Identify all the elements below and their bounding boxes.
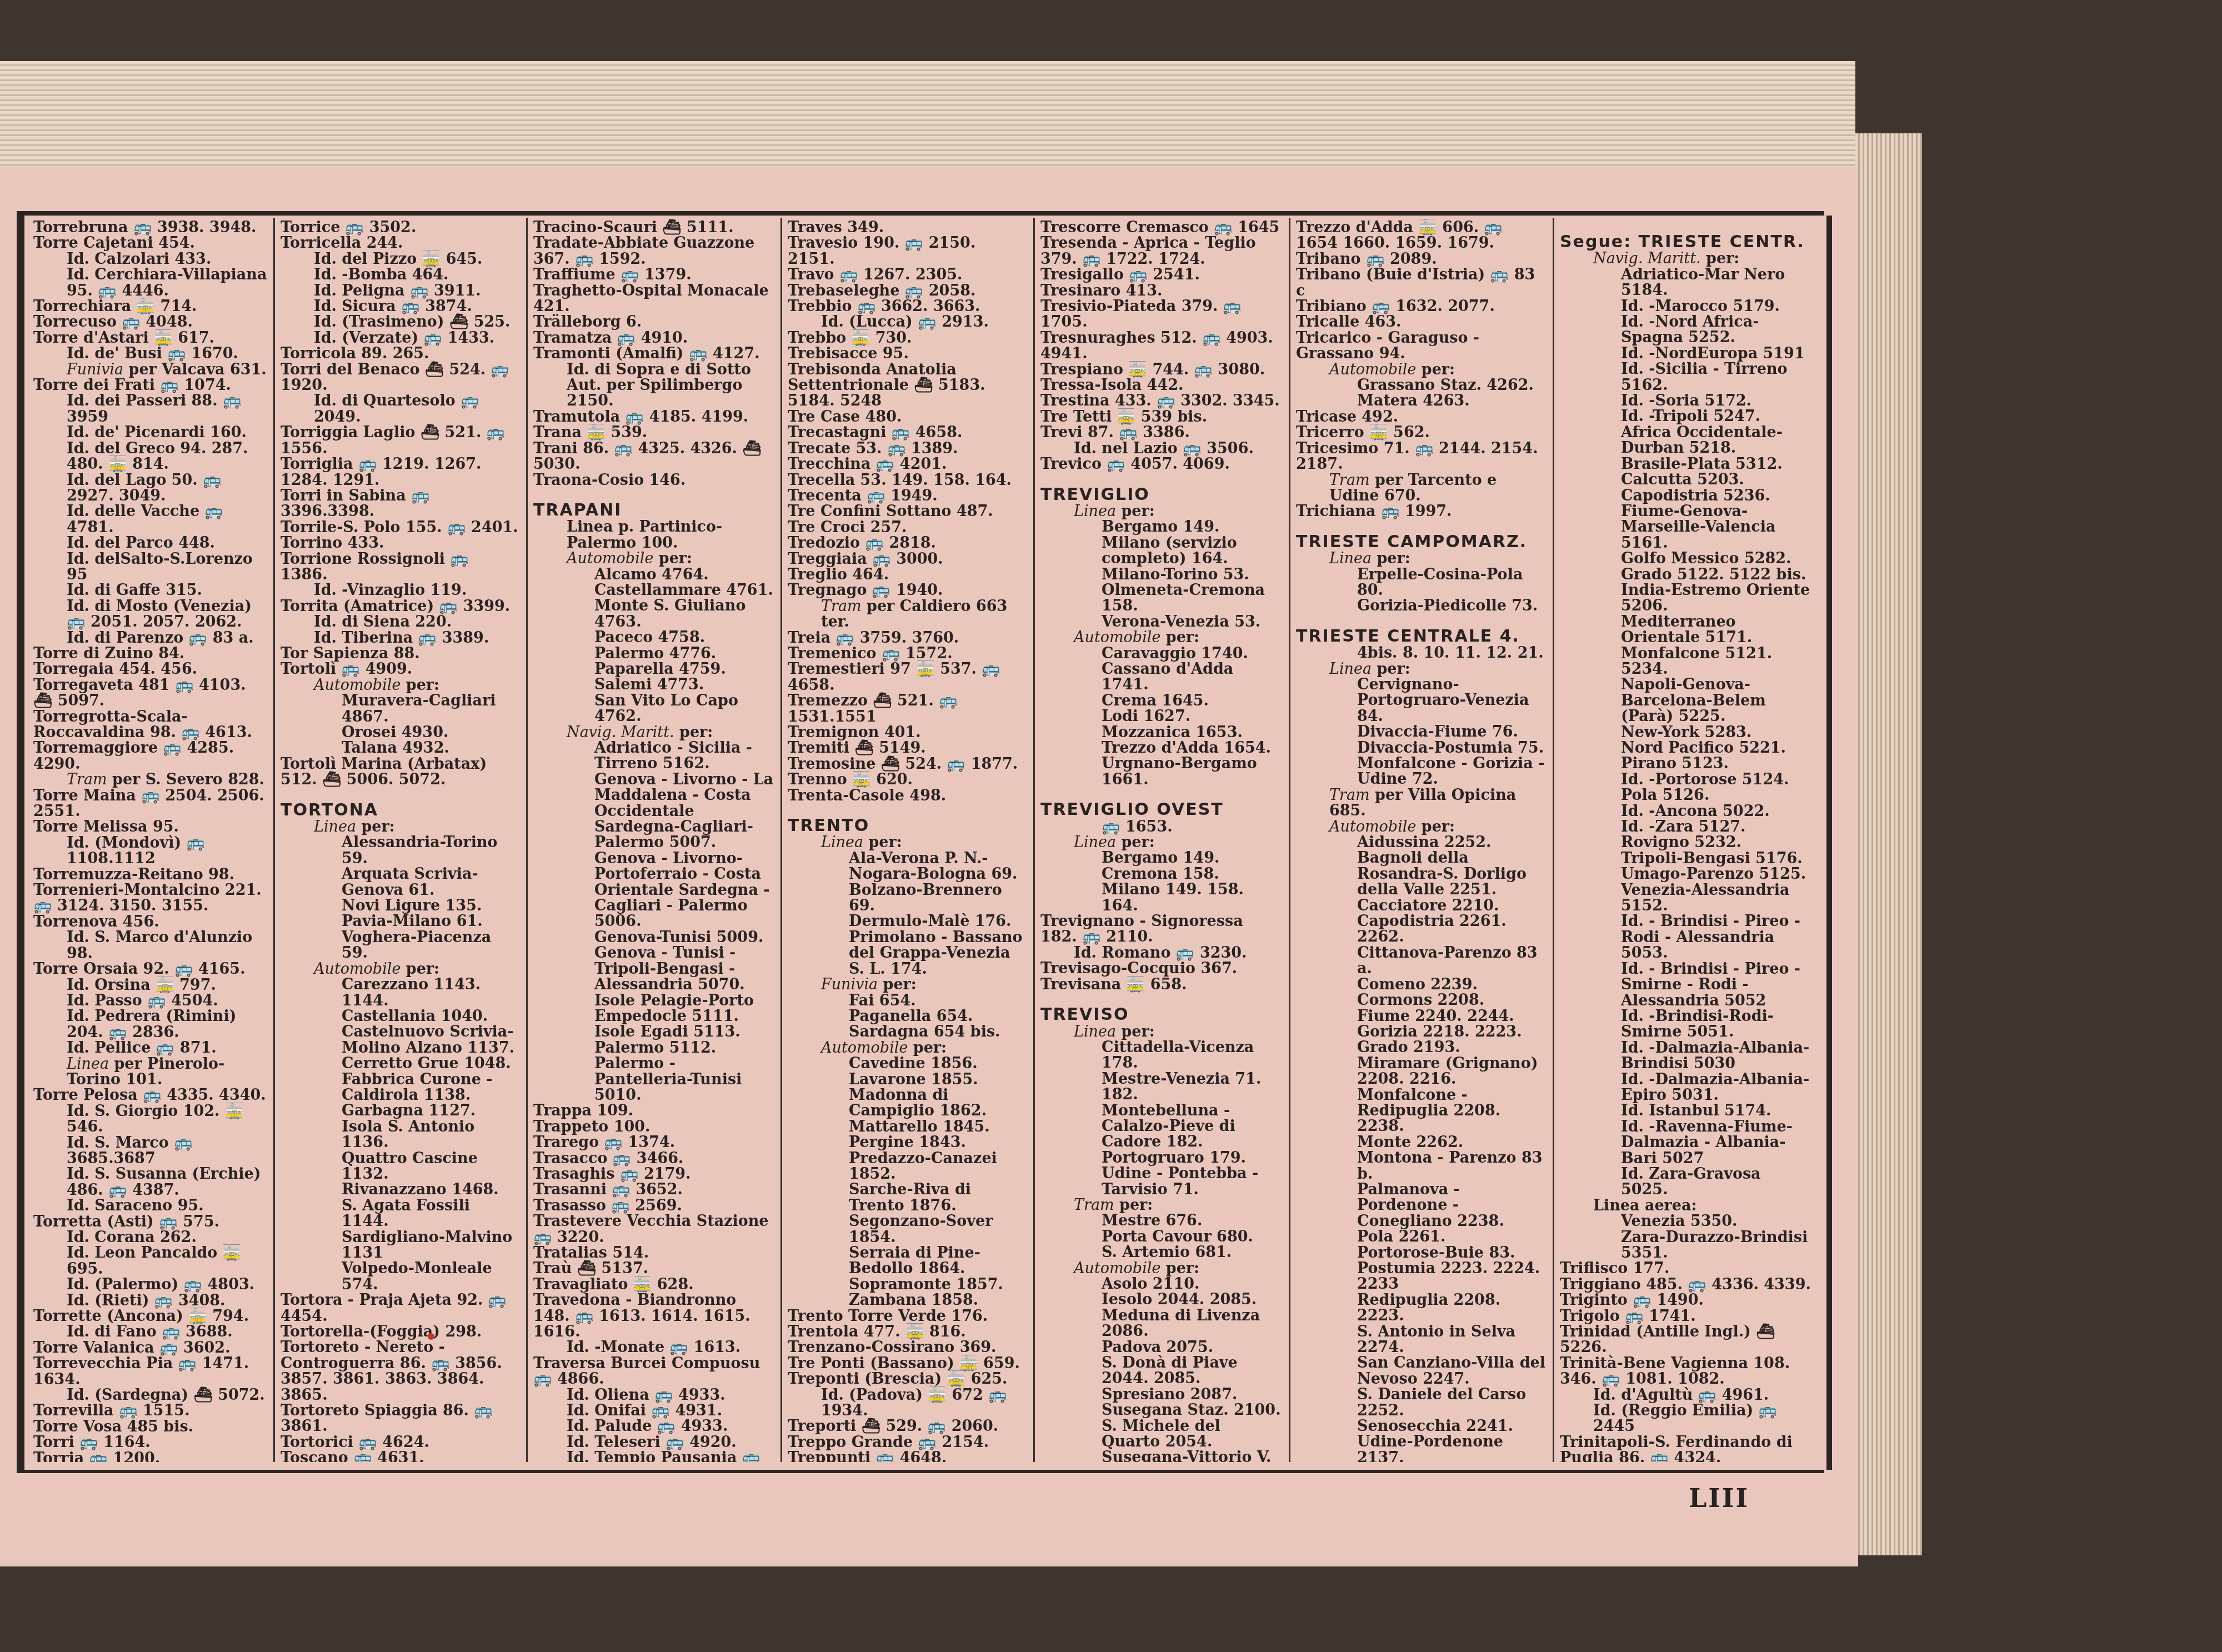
index-entry: Torre Orsaia 92. 🚌 4165. (33, 962, 268, 977)
index-entry: Torrevilla 🚌 1515. (33, 1403, 268, 1419)
transport-type-label: Linea (67, 1055, 109, 1073)
index-entry: Tram per S. Severo 828. (33, 772, 268, 788)
index-entry: Id. Istanbul 5174. (1560, 1103, 1811, 1119)
index-entry: Trani 86. 🚌 4325. 4326. ⛴ 5030. (533, 441, 775, 473)
index-entry: Genova - Livorno-Portoferraio - Costa Or… (533, 851, 775, 930)
index-entry: Milano 149. 158. 164. (1040, 882, 1283, 914)
index-entry: Torrenieri-Montalcino 221. 🚌 3124. 3150.… (33, 883, 268, 914)
index-entry: Monte S. Giuliano 4763. (533, 598, 775, 630)
index-entry: Toscano 🚌 4631. (281, 1450, 521, 1462)
index-entry: Trevignano - Signoressa 182. 🚌 2110. (1040, 914, 1283, 945)
index-entry: Traffiume 🚌 1379. (533, 267, 775, 283)
index-entry: Tre Tetti 🚋 539 bis. (1040, 409, 1283, 425)
section-heading: TRIESTE CENTRALE 4. (1296, 629, 1547, 644)
index-entry: Trezzo d'Adda 🚋 606. 🚌 1654 1660. 1659. … (1296, 220, 1547, 252)
transport-type-label: Linea (1074, 503, 1116, 520)
index-entry: Mestre 676. (1040, 1213, 1283, 1229)
index-entry: Tre Ponti (Bassano) 🚋 659. (788, 1356, 1028, 1371)
index-entry: Fiume-Genova-Marseille-Valencia 5161. (1560, 504, 1811, 551)
transport-type-label: Linea (1329, 660, 1372, 678)
index-entry: Talana 4932. (281, 740, 521, 756)
index-entry: Id. -Monate 🚌 1613. (533, 1340, 775, 1355)
index-entry: Trälleborg 6. (533, 314, 775, 330)
index-entry: Id. de' Busi 🚌 1670. (33, 346, 268, 362)
index-entry: Trinidad (Antille Ingl.) ⛴ 5226. (1560, 1324, 1811, 1356)
index-entry: Torre Cajetani 454. (33, 236, 268, 251)
index-entry: Torriggia Laglio ⛴ 521. 🚌 1556. (281, 425, 521, 457)
index-entry: Palermo 5112. (533, 1040, 775, 1056)
index-entry: Tribiano 🚌 1632. 2077. (1296, 299, 1547, 314)
index-entry: Cassano d'Adda 1741. (1040, 662, 1283, 693)
index-entry: Udine - Pontebba - Tarvisio 71. (1040, 1166, 1283, 1198)
index-entry: Rovigno 5232. (1560, 835, 1811, 850)
index-entry: Treporti ⛴ 529. 🚌 2060. (788, 1419, 1028, 1434)
index-entry: Porta Cavour 680. (1040, 1229, 1283, 1245)
index-entry: Torremuzza-Reitano 98. (33, 867, 268, 883)
index-entry: Isola S. Antonio 1136. (281, 1119, 521, 1151)
index-entry: Id. de' Picenardi 160. (33, 425, 268, 440)
index-entry: Trebaseleghe 🚌 2058. (788, 283, 1028, 299)
index-entry: Susegana-Vittorio V. 2074 (1040, 1450, 1283, 1462)
index-entry: Adriatico - Sicilia - Tirreno 5162. (533, 740, 775, 772)
index-entry: Id. -Ravenna-Fiume-Dalmazia - Albania-Ba… (1560, 1119, 1811, 1167)
index-entry: Trezzo d'Adda 1654. (1040, 740, 1283, 756)
index-entry: Tribano (Buie d'Istria) 🚌 83 c (1296, 267, 1547, 299)
index-entry: Torricella 244. (281, 236, 521, 251)
index-entry: S. Daniele del Carso 2252. (1296, 1387, 1547, 1419)
index-entry: India-Estremo Oriente 5206. (1560, 583, 1811, 614)
section-heading: TREVISO (1040, 1007, 1283, 1023)
index-entry: Torrechiara 🚋 714. (33, 299, 268, 314)
section-heading: TREVIGLIO (1040, 487, 1283, 503)
index-entry: S. Donà di Piave 2044. 2085. (1040, 1355, 1283, 1387)
index-entry: Id. Cerchiara-Villapiana 95. 🚌 4446. (33, 267, 268, 299)
index-entry: Id. Saraceno 95. (33, 1198, 268, 1214)
index-entry: Automobile per: (1296, 362, 1547, 378)
index-entry: Trappa 109. (533, 1103, 775, 1119)
index-entry: Id. delle Vacche 🚌 4781. (33, 504, 268, 535)
index-entry: Tressa-Isola 442. (1040, 378, 1283, 393)
index-entry: Zambana 1858. (788, 1293, 1028, 1308)
transport-type-label: Automobile (1074, 629, 1160, 646)
index-entry: Nord Pacifico 5221. (1560, 740, 1811, 756)
index-entry: Id. S. Giorgio 102. 🚋 546. (33, 1104, 268, 1135)
index-entry: Meduna di Livenza 2086. (1040, 1308, 1283, 1340)
index-entry: Torregrotta-Scala- Roccavaldina 98. 🚌 46… (33, 709, 268, 741)
index-entry: Cavedine 1856. (788, 1056, 1028, 1072)
index-entry: Tregnago 🚌 1940. (788, 583, 1028, 598)
index-entry: Trevisago-Cocquio 367. (1040, 961, 1283, 977)
index-entry: Padova 2075. (1040, 1340, 1283, 1355)
index-entry: Trasanni 🚌 3652. (533, 1182, 775, 1198)
index-entry: Id. Calzolari 433. (33, 252, 268, 267)
index-entry: Id. (Verzate) 🚌 1433. (281, 331, 521, 346)
index-entry: Id. del Parco 448. (33, 535, 268, 551)
index-entry: Asolo 2110. (1040, 1276, 1283, 1292)
index-entry: Cittadella-Vicenza 178. (1040, 1040, 1283, 1072)
index-entry: Treia 🚌 3759. 3760. (788, 630, 1028, 646)
index-entry: Travagliato 🚋 628. (533, 1277, 775, 1293)
index-entry: Trebbio 🚌 3662. 3663. (788, 299, 1028, 314)
index-entry: Linea per: (1040, 504, 1283, 519)
index-entry: Orosei 4930. (281, 725, 521, 740)
index-entry: Tremenico 🚌 1572. (788, 646, 1028, 662)
index-entry: Grado 5122. 5122 bis. (1560, 567, 1811, 583)
transport-type-label: Funivia (67, 361, 123, 378)
section-heading: TORTONA (281, 803, 521, 818)
index-entry: Id. -Sicilia - Tirreno 5162. (1560, 362, 1811, 393)
index-entry: Automobile per: (788, 1040, 1028, 1056)
index-entry: Treppunti 🚌 4648. (788, 1450, 1028, 1462)
index-entry: Arquata Scrivia-Genova 61. (281, 867, 521, 898)
index-entry: Torrita (Amatrice) 🚌 3399. (281, 599, 521, 614)
transport-type-label: Tram (67, 771, 107, 788)
index-entry: Milano (servizio completo) 164. (1040, 535, 1283, 567)
index-entry: Paceco 4758. (533, 630, 775, 645)
index-entry: Caravaggio 1740. (1040, 646, 1283, 662)
index-entry: Treggiaia 🚌 3000. (788, 552, 1028, 567)
index-entry: Id. S. Marco 🚌 3685.3687 (33, 1135, 268, 1167)
index-entry: Tresivio-Piateda 379. 🚌 1705. (1040, 299, 1283, 331)
index-entry: Milano-Torino 53. (1040, 567, 1283, 583)
book-page-edges-top (0, 61, 1855, 172)
index-entry: Brasile-Plata 5312. (1560, 457, 1811, 472)
index-entry: Venezia 5350. (1560, 1214, 1811, 1229)
transport-type-label: Linea (314, 818, 356, 835)
index-entry: Id. -Bomba 464. (281, 267, 521, 283)
index-entry: Paparella 4759. (533, 662, 775, 677)
index-entry: Carezzano 1143. 1144. (281, 977, 521, 1009)
transport-type-label: Automobile (567, 550, 653, 567)
section-heading: TRENTO (788, 818, 1028, 834)
index-entry: Mediterraneo Orientale 5171. (1560, 614, 1811, 646)
index-entry: Automobile per: (1040, 630, 1283, 645)
index-entry: Id. Palude 🚌 4933. (533, 1419, 775, 1434)
index-entry: Id. del Greco 94. 287. 480. 🚋 814. (33, 441, 268, 473)
index-entry: Fai 654. (788, 993, 1028, 1009)
index-entry: Fabbrica Curone - Caldirola 1138. (281, 1072, 521, 1104)
index-entry: Id. Sicura 🚌 3874. (281, 299, 521, 314)
index-entry: Pergine 1843. (788, 1135, 1028, 1150)
index-entry: Id. (Trasimeno) ⛴ 525. (281, 314, 521, 330)
section-heading: TRIESTE CAMPOMARZ. (1296, 534, 1547, 550)
index-entry: Castelnuovo Scrivia-Molino Alzano 1137. (281, 1024, 521, 1056)
index-entry: Lavarone 1855. (788, 1072, 1028, 1088)
index-entry: Treponti (Brescia) 🚋 625. (788, 1371, 1028, 1387)
transport-type-label: Tram (821, 598, 862, 615)
index-entry: Torrecuso 🚌 4048. (33, 314, 268, 330)
index-entry: Id. -Portorose 5124. (1560, 772, 1811, 788)
index-entry: Linea per: (1296, 662, 1547, 677)
index-entry: Id. -Dalmazia-Albania-Brindisi 5030 (1560, 1040, 1811, 1072)
index-entry: Tracino-Scauri ⛴ 5111. (533, 220, 775, 236)
index-entry: Automobile per: (281, 678, 521, 693)
index-entry: Triginto 🚌 1490. (1560, 1293, 1811, 1308)
index-entry: Id. Oliena 🚌 4933. (533, 1388, 775, 1403)
index-entry: Navig. Maritt. per: (1560, 251, 1811, 267)
index-entry: Portorose-Buie 83. (1296, 1245, 1547, 1261)
index-entry: Torre Melissa 95. (33, 819, 268, 835)
index-entry: Cittanova-Parenzo 83 a. (1296, 945, 1547, 977)
index-entry: Senosecchia 2241. (1296, 1419, 1547, 1434)
index-entry: Trasacco 🚌 3466. (533, 1151, 775, 1167)
index-entry: Traghetto-Ospital Monacale 421. (533, 283, 775, 315)
index-entry: Trecella 53. 149. 158. 164. (788, 473, 1028, 488)
transport-type-label: Navig. Maritt. (567, 724, 674, 741)
index-entry: Tre Confini Sottano 487. (788, 504, 1028, 519)
index-entry: Linea per: (788, 835, 1028, 850)
index-entry: S. Antonio in Selva 2274. (1296, 1324, 1547, 1356)
index-entry: Id. -Ancona 5022. (1560, 804, 1811, 819)
index-entry: Funivia per: (788, 977, 1028, 993)
index-entry: Cerretto Grue 1048. (281, 1056, 521, 1072)
index-entry: Segonzano-Sover 1854. (788, 1214, 1028, 1245)
index-entry: Torre Valanica 🚌 3602. (33, 1340, 268, 1356)
index-entry: Id. (Reggio Emilia) 🚌 2445 (1560, 1403, 1811, 1435)
index-entry: Torrione Rossignoli 🚌 1386. (281, 552, 521, 583)
column-7: Segue: TRIESTE CENTR.Navig. Maritt. per:… (1554, 218, 1816, 1462)
index-entry: Linea per: (1296, 551, 1547, 567)
index-entry: Verona-Venezia 53. (1040, 614, 1283, 630)
index-entry: Salemi 4773. (533, 677, 775, 693)
index-entry: Tresnuraghes 512. 🚌 4903. 4941. (1040, 331, 1283, 362)
index-entry: Torria 🚌 1200. (33, 1451, 268, 1462)
index-entry: Trigolo 🚌 1741. (1560, 1309, 1811, 1324)
index-entry: S. Agata Fossili 1144. (281, 1198, 521, 1230)
index-entry: Tre Croci 257. (788, 520, 1028, 535)
section-heading: TRAPANI (533, 503, 775, 518)
index-entry: Torriglia 🚌 1219. 1267. 1284. 1291. (281, 457, 521, 488)
index-entry: Triflisco 177. (1560, 1261, 1811, 1276)
index-entry: Tribano 🚌 2089. (1296, 252, 1547, 267)
index-entry: Id. -Brindisi-Rodi-Smirne 5051. (1560, 1009, 1811, 1040)
index-entry: Travedona - Biandronno 148. 🚌 1613. 1614… (533, 1293, 775, 1340)
index-entry: Trentola 477. 🚋 816. (788, 1324, 1028, 1340)
index-entry: Madonna di Campiglio 1862. (788, 1088, 1028, 1119)
index-entry: Trebisacce 95. (788, 346, 1028, 362)
page-number: LIII (1689, 1483, 1749, 1513)
index-entry: Serraia di Pine-Bedollo 1864. (788, 1245, 1028, 1277)
index-entry: Torre Pelosa 🚌 4335. 4340. (33, 1088, 268, 1103)
index-entry: Golfo Messico 5282. (1560, 551, 1811, 567)
index-entry: Trasasso 🚌 2569. (533, 1198, 775, 1214)
index-entry: Torre dei Frati 🚌 1074. (33, 378, 268, 393)
index-entry: Funivia per Valcava 631. (33, 362, 268, 378)
index-entry: Id. del Pizzo 🚋 645. (281, 252, 521, 267)
index-entry: Automobile per: (533, 551, 775, 567)
index-entry: Torri in Sabina 🚌 3396.3398. (281, 488, 521, 520)
index-entry: Tram per Villa Opicina 685. (1296, 788, 1547, 819)
index-entry: Novi Ligure 135. (281, 898, 521, 914)
index-entry: Torre d'Astari 🚋 617. (33, 331, 268, 346)
index-entry: Torregaveta 481 🚌 4103. ⛴ 5097. (33, 678, 268, 709)
index-entry: New-York 5283. (1560, 725, 1811, 740)
index-entry: Tortolì Marina (Arbatax) 512. ⛴ 5006. 50… (281, 757, 521, 788)
index-entry: Comeno 2239. (1296, 977, 1547, 993)
index-entry: Automobile per: (281, 962, 521, 977)
index-entry: Id. Romano 🚌 3230. (1040, 945, 1283, 961)
index-entry: Id. S. Susanna (Erchie) 486. 🚌 4387. (33, 1167, 268, 1198)
index-entry: Linea p. Partinico-Palermo 100. (533, 519, 775, 551)
transport-type-label: Automobile (314, 677, 401, 694)
index-entry: Pola 5126. (1560, 788, 1811, 803)
index-entry: Redipuglia 2208. 2223. (1296, 1293, 1547, 1324)
index-entry: Tricerro 🚋 562. (1296, 425, 1547, 440)
transport-type-label: Automobile (1329, 818, 1416, 835)
index-entry: Tremosine ⛴ 524. 🚌 1877. (788, 757, 1028, 772)
index-entry: Trarego 🚌 1374. (533, 1135, 775, 1150)
index-entry: Trinità-Bene Vagienna 108. 346. 🚌 1081. … (1560, 1356, 1811, 1388)
index-entry: Monfalcone - Redipuglia 2208. 2238. (1296, 1088, 1547, 1135)
index-entry: Id. - Brindisi - Pireo - Rodi - Alessand… (1560, 914, 1811, 961)
index-entry: Traversa Burcei Compuosu 🚌 4866. (533, 1356, 775, 1388)
index-entry: Id. Passo 🚌 4504. (33, 993, 268, 1009)
transport-type-label: Tram (1074, 1197, 1114, 1214)
index-entry: Trespiano 🚋 744. 🚌 3080. (1040, 362, 1283, 378)
index-entry: Treppo Grande 🚌 2154. (788, 1435, 1028, 1450)
index-entry: Torrice 🚌 3502. (281, 220, 521, 236)
index-entry: Id. Teleseri 🚌 4920. (533, 1435, 775, 1450)
index-entry: Torre di Zuino 84. (33, 646, 268, 662)
index-entry: Linea aerea: (1560, 1198, 1811, 1214)
index-entry: Postumia 2223. 2224. 2233 (1296, 1261, 1547, 1293)
transport-type-label: Automobile (314, 960, 401, 978)
index-entry: Trasaghis 🚌 2179. (533, 1167, 775, 1182)
column-6: Trezzo d'Adda 🚋 606. 🚌 1654 1660. 1659. … (1290, 218, 1554, 1462)
index-entry: Portogruaro 179. (1040, 1150, 1283, 1166)
index-entry: Id. di Fano 🚌 3688. (33, 1324, 268, 1340)
index-entry: Tortora - Praja Ajeta 92. 🚌 4454. (281, 1293, 521, 1324)
index-entry: Mozzanica 1653. (1040, 725, 1283, 740)
index-entry: Aidussina 2252. (1296, 835, 1547, 850)
index-entry: Tresinaro 413. (1040, 283, 1283, 299)
index-entry: Palmanova - Pordenone - Conegliano 2238. (1296, 1182, 1547, 1229)
index-entry: Id. (Lucca) 🚌 2913. (788, 314, 1028, 330)
index-entry: Torri del Benaco ⛴ 524. 🚌 1920. (281, 362, 521, 394)
index-entry: Sopramonte 1857. (788, 1277, 1028, 1293)
index-entry: Cacciatore 2210. (1296, 898, 1547, 914)
index-entry: Tricarico - Garaguso - Grassano 94. (1296, 331, 1547, 362)
index-entry: Cormons 2208. (1296, 993, 1547, 1008)
index-entry: Venezia-Alessandria 5152. (1560, 883, 1811, 914)
index-entry: Id. Tempio Pausania 🚌 4963. (533, 1450, 775, 1462)
index-columns: Torrebruna 🚌 3938. 3948.Torre Cajetani 4… (28, 218, 1816, 1462)
index-entry: Id. Corana 262. (33, 1230, 268, 1245)
index-entry: Id. nel Lazio 🚌 3506. (1040, 441, 1283, 457)
index-entry: Miramare (Grignano) 2208. 2216. (1296, 1056, 1547, 1088)
index-entry: Pola 2261. (1296, 1229, 1547, 1245)
index-entry: Id. -Marocco 5179. (1560, 299, 1811, 314)
index-entry: Linea per Pinerolo-Torino 101. (33, 1057, 268, 1088)
index-entry: Trebisonda Anatolia Settentrionale ⛴ 518… (788, 362, 1028, 409)
index-entry: Crema 1645. (1040, 693, 1283, 709)
index-entry: Trenno 🚋 620. (788, 772, 1028, 788)
index-entry: Tortolì 🚌 4909. (281, 662, 521, 677)
index-entry: Trecate 53. 🚌 1389. (788, 441, 1028, 457)
index-entry: Urgnano-Bergamo 1661. (1040, 756, 1283, 788)
index-entry: Grassano Staz. 4262. (1296, 378, 1547, 393)
column-4: Traves 349.Travesio 190. 🚌 2150. 2151.Tr… (782, 218, 1035, 1462)
index-entry: Africa Occidentale-Durban 5218. (1560, 425, 1811, 457)
index-entry: Muravera-Cagliari 4867. (281, 693, 521, 725)
section-heading: Segue: TRIESTE CENTR. (1560, 234, 1811, 250)
index-entry: Trenzano-Cossirano 369. (788, 1340, 1028, 1355)
index-entry: Napoli-Genova-Barcelona-Belem (Parà) 522… (1560, 677, 1811, 724)
index-entry: Genova - Tunisi - Tripoli-Bengasi - Ales… (533, 945, 775, 993)
index-entry: Tricesimo 71. 🚌 2144. 2154. 2187. (1296, 441, 1547, 473)
index-entry: Alessandria-Torino 59. (281, 835, 521, 867)
index-entry: Tricalle 463. (1296, 314, 1547, 330)
index-entry: Id. dei Passeri 88. 🚌 3959 (33, 393, 268, 425)
index-entry: Palermo 4776. (533, 646, 775, 662)
index-entry: Trinitapoli-S. Ferdinando di Puglia 86. … (1560, 1435, 1811, 1462)
transport-type-label: Linea (1074, 834, 1116, 851)
index-entry: Tresenda - Aprica - Teglio 379. 🚌 1722. … (1040, 236, 1283, 267)
index-entry: Castellania 1040. (281, 1009, 521, 1024)
index-entry: Torregaia 454. 456. (33, 662, 268, 677)
index-entry: Trescorre Cremasco 🚌 1645 (1040, 220, 1283, 236)
index-entry: Gorizia 2218. 2223. (1296, 1024, 1547, 1040)
index-entry: Sarche-Riva di Trento 1876. (788, 1182, 1028, 1214)
index-entry: Monfalcone - Gorizia - Udine 72. (1296, 756, 1547, 788)
index-entry: Id. di Siena 220. (281, 614, 521, 630)
index-entry: Divaccia-Postumia 75. (1296, 740, 1547, 756)
transport-type-label: Navig. Maritt. (1593, 250, 1701, 267)
index-entry: Id. del Lago 50. 🚌 2927. 3049. (33, 473, 268, 504)
index-entry: Id. delSalto-S.Lorenzo 95 (33, 552, 268, 583)
index-entry: Torricola 89. 265. (281, 346, 521, 362)
index-entry: 4bis. 8. 10. 11. 12. 21. (1296, 645, 1547, 661)
index-entry: Divaccia-Fiume 76. (1296, 724, 1547, 740)
transport-type-label: Automobile (821, 1039, 908, 1057)
index-entry: Trappeto 100. (533, 1119, 775, 1135)
index-entry: Id. Zara-Gravosa 5025. (1560, 1167, 1811, 1198)
index-entry: Id. - Brindisi - Pireo - Smirne - Rodi -… (1560, 962, 1811, 1009)
index-entry: Tredozio 🚌 2818. (788, 535, 1028, 551)
index-entry: Torremaggiore 🚌 4285. 4290. (33, 740, 268, 772)
index-entry: Id. (Rieti) 🚌 3408. (33, 1293, 268, 1309)
index-entry: Tratalias 514. (533, 1245, 775, 1261)
index-entry: Paganella 654. (788, 1009, 1028, 1024)
index-entry: S. Michele del Quarto 2054. (1040, 1419, 1283, 1450)
index-entry: Tortorella-(Foggia) 298. (281, 1324, 521, 1340)
index-entry: Triggiano 485. 🚌 4336. 4339. (1560, 1277, 1811, 1293)
index-entry: Bergamo 149. (1040, 850, 1283, 866)
transport-type-label: Linea (1329, 550, 1372, 567)
index-entry: Ala-Verona P. N.-Nogara-Bologna 69. (788, 851, 1028, 883)
index-entry: Volpedo-Monleale 574. (281, 1261, 521, 1293)
index-entry: Capodistria 5236. (1560, 488, 1811, 504)
column-5: Trescorre Cremasco 🚌 1645Tresenda - Apri… (1035, 218, 1290, 1462)
index-entry: Tortorici 🚌 4624. (281, 1435, 521, 1450)
index-entry: Id. (Padova) 🚋 672 🚌 1934. (788, 1388, 1028, 1419)
index-entry: Quattro Cascine 1132. (281, 1151, 521, 1183)
index-entry: Id. (Palermo) 🚌 4803. (33, 1277, 268, 1293)
index-entry: Umago-Parenzo 5125. (1560, 867, 1811, 882)
index-entry: Rivanazzano 1468. (281, 1182, 521, 1198)
index-entry: Id. S. Marco d'Alunzio 98. (33, 930, 268, 962)
index-entry: Trecastagni 🚌 4658. (788, 425, 1028, 440)
column-3: Tracino-Scauri ⛴ 5111.Tradate-Abbiate Gu… (528, 218, 782, 1462)
index-entry: Tram per Tarcento e Udine 670. (1296, 473, 1547, 504)
index-entry: Tramatza 🚌 4910. (533, 331, 775, 346)
index-entry: Linea per: (281, 819, 521, 835)
index-entry: Tor Sapienza 88. (281, 646, 521, 662)
index-entry: Trevisana 🚋 658. (1040, 977, 1283, 993)
index-entry: Linea per: (1040, 1024, 1283, 1040)
index-entry: Navig. Maritt. per: (533, 725, 775, 740)
transport-type-label: Automobile (1074, 1260, 1160, 1277)
